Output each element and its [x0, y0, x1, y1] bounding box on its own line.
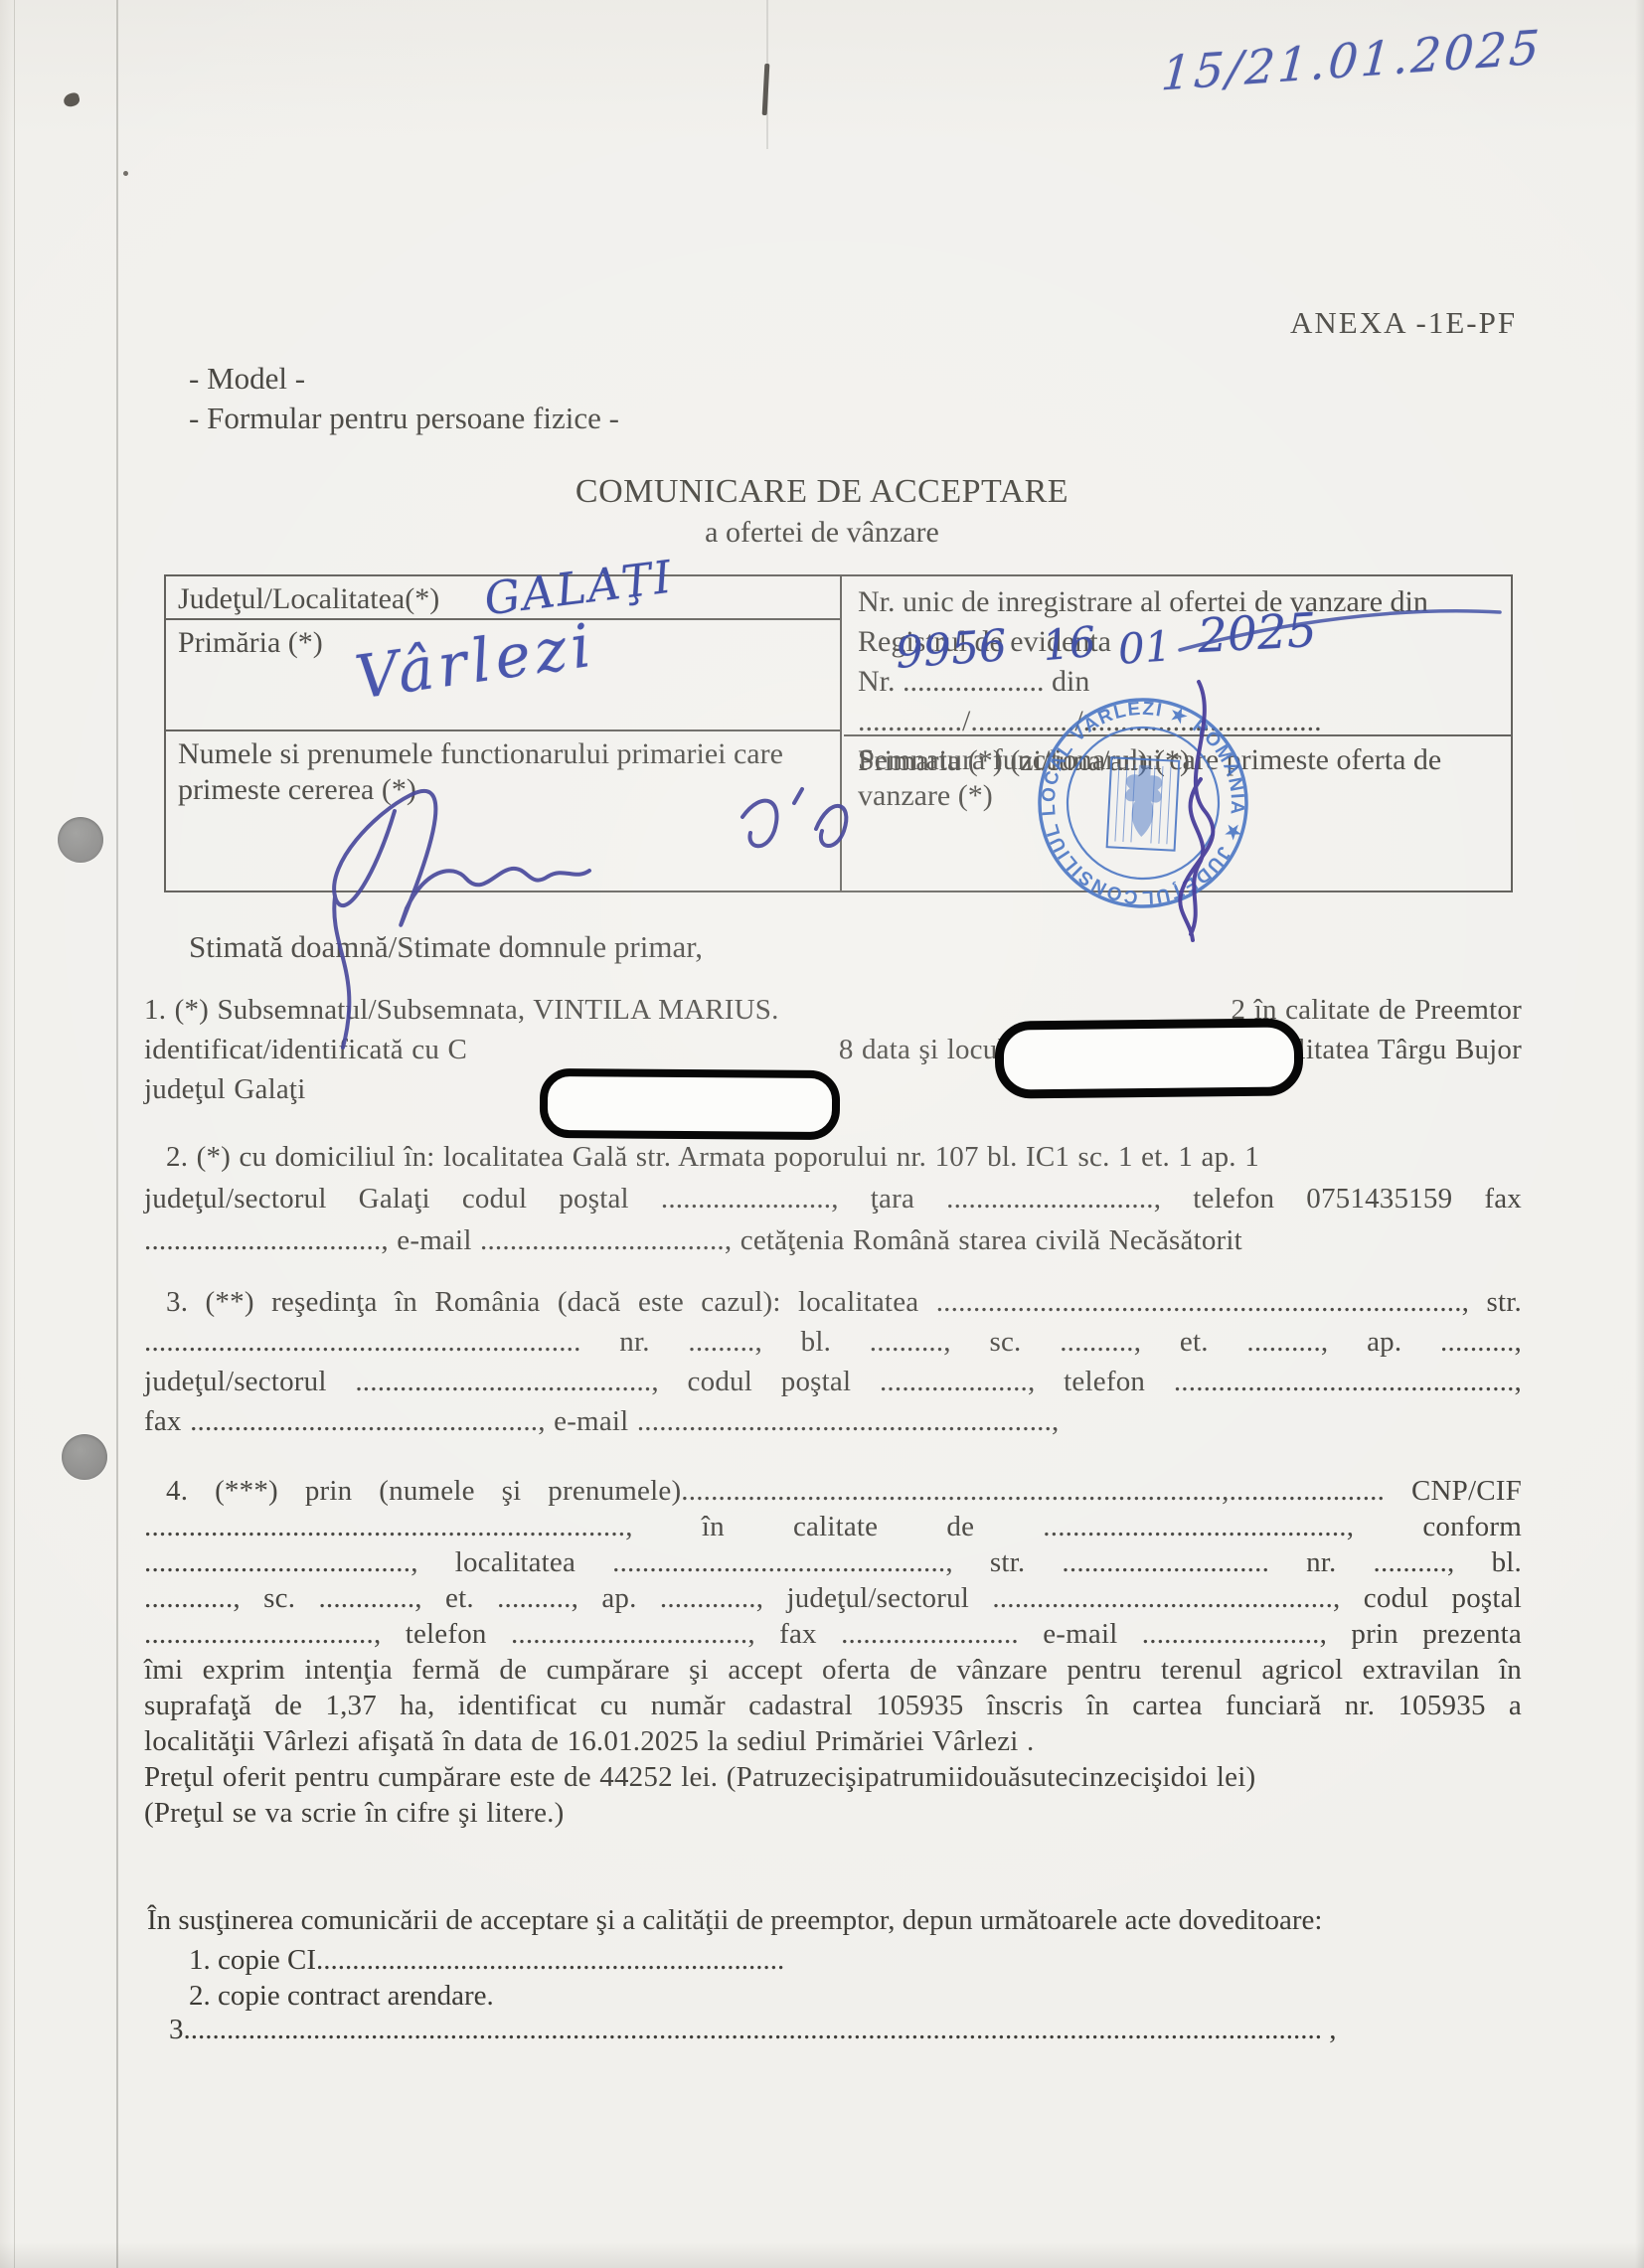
anexa-label: ANEXA -1E-PF: [1290, 304, 1517, 343]
scanned-document-page: 15/21.01.2025 ANEXA -1E-PF - Model - - F…: [0, 0, 1644, 2268]
price-line: Preţul oferit pentru cumpărare este de 4…: [144, 1761, 1522, 1797]
document-subtitle: a ofertei de vânzare: [0, 514, 1644, 552]
para4-line3: ...................................., lo…: [144, 1546, 1522, 1582]
para2-line1: 2. (*) cu domiciliul în: localitatea Gal…: [144, 1141, 1522, 1183]
primaria-handwritten-value: Vârlezi: [354, 627, 597, 696]
price-note: (Preţul se va scrie în cifre şi litere.): [144, 1797, 1522, 1833]
ink-speck: [63, 91, 82, 108]
staple-mark-icon: [762, 64, 770, 115]
model-label: - Model -: [189, 360, 305, 399]
para4-line1: 4. (***) prin (numele şi prenumele).....…: [144, 1475, 1522, 1511]
clerk-cell: Numele si prenumele functionarului prima…: [166, 731, 840, 891]
scan-edge-right: [1635, 0, 1644, 2268]
para3-line4: fax ....................................…: [144, 1405, 1522, 1445]
para4-line5: ..............................., telefon…: [144, 1618, 1522, 1654]
document-item-3: 3.......................................…: [169, 2012, 1337, 2047]
primaria-cell: Primăria (*) Vârlezi: [166, 620, 840, 731]
official-signature-ink: [1121, 660, 1310, 958]
para3-line1: 3. (**) reşedinţa în România (dacă este …: [144, 1286, 1522, 1326]
ink-speck: [123, 171, 128, 176]
clerk-signature-ink: [226, 759, 862, 1018]
para4-line8: localităţii Vârlezi afişată în data de 1…: [144, 1725, 1522, 1761]
para1-line2: identificat/identificată cu C 8 data şi …: [144, 1034, 1522, 1073]
redaction-box: [995, 1018, 1304, 1098]
registration-table: Judeţul/Localitatea(*) GALAŢI Primăria (…: [164, 574, 1513, 892]
hole-punch-icon: [58, 817, 103, 863]
judet-label: Judeţul/Localitatea(*): [178, 582, 439, 615]
para4-line2: ........................................…: [144, 1511, 1522, 1546]
para2-line2: judeţul/sectorul Galaţi codul poştal ...…: [144, 1183, 1522, 1224]
registru-number-handwritten: 9956: [895, 626, 1009, 674]
registru-day-handwritten: 16: [1041, 622, 1097, 667]
primaria-label: Primăria (*): [178, 626, 323, 659]
judet-handwritten-value: GALAŢI: [483, 560, 676, 618]
judet-cell: Judeţul/Localitatea(*) GALAŢI: [166, 576, 840, 620]
document-item-1: 1. copie CI.............................…: [189, 1942, 784, 1978]
para1-line2-pre: identificat/identificată cu C: [144, 1034, 467, 1073]
paragraph-4: 4. (***) prin (numele şi prenumele).....…: [144, 1475, 1522, 1833]
paragraph-3: 3. (**) reşedinţa în România (dacă este …: [144, 1286, 1522, 1445]
scan-edge-left: [0, 0, 15, 2268]
paragraph-2: 2. (*) cu domiciliul în: localitatea Gal…: [144, 1141, 1522, 1266]
hole-punch-icon: [62, 1434, 107, 1480]
para4-line6: îmi exprim intenţia fermă de cumpărare ş…: [144, 1654, 1522, 1690]
redaction-box: [540, 1068, 840, 1140]
form-type-label: - Formular pentru persoane fizice -: [189, 400, 619, 438]
paper-fold-line: [116, 0, 118, 2268]
pen-flourish-ink: [1172, 598, 1510, 668]
handwritten-registration-date: 15/21.01.2025: [1160, 20, 1545, 101]
document-item-2: 2. copie contract arendare.: [189, 1978, 494, 2014]
para4-line4: ............, sc. ............., et. ...…: [144, 1582, 1522, 1618]
documents-heading: În susţinerea comunicării de acceptare ş…: [147, 1902, 1322, 1938]
para2-line3: ................................, e-mail…: [144, 1224, 1522, 1266]
document-title: COMUNICARE DE ACCEPTARE: [0, 471, 1644, 514]
para3-line2: ........................................…: [144, 1326, 1522, 1366]
scan-edge-bottom: [0, 2242, 1644, 2268]
para4-line7: suprafaţă de 1,37 ha, identificat cu num…: [144, 1690, 1522, 1725]
para3-line3: judeţul/sectorul .......................…: [144, 1366, 1522, 1405]
table-left-column: Judeţul/Localitatea(*) GALAŢI Primăria (…: [166, 576, 842, 891]
